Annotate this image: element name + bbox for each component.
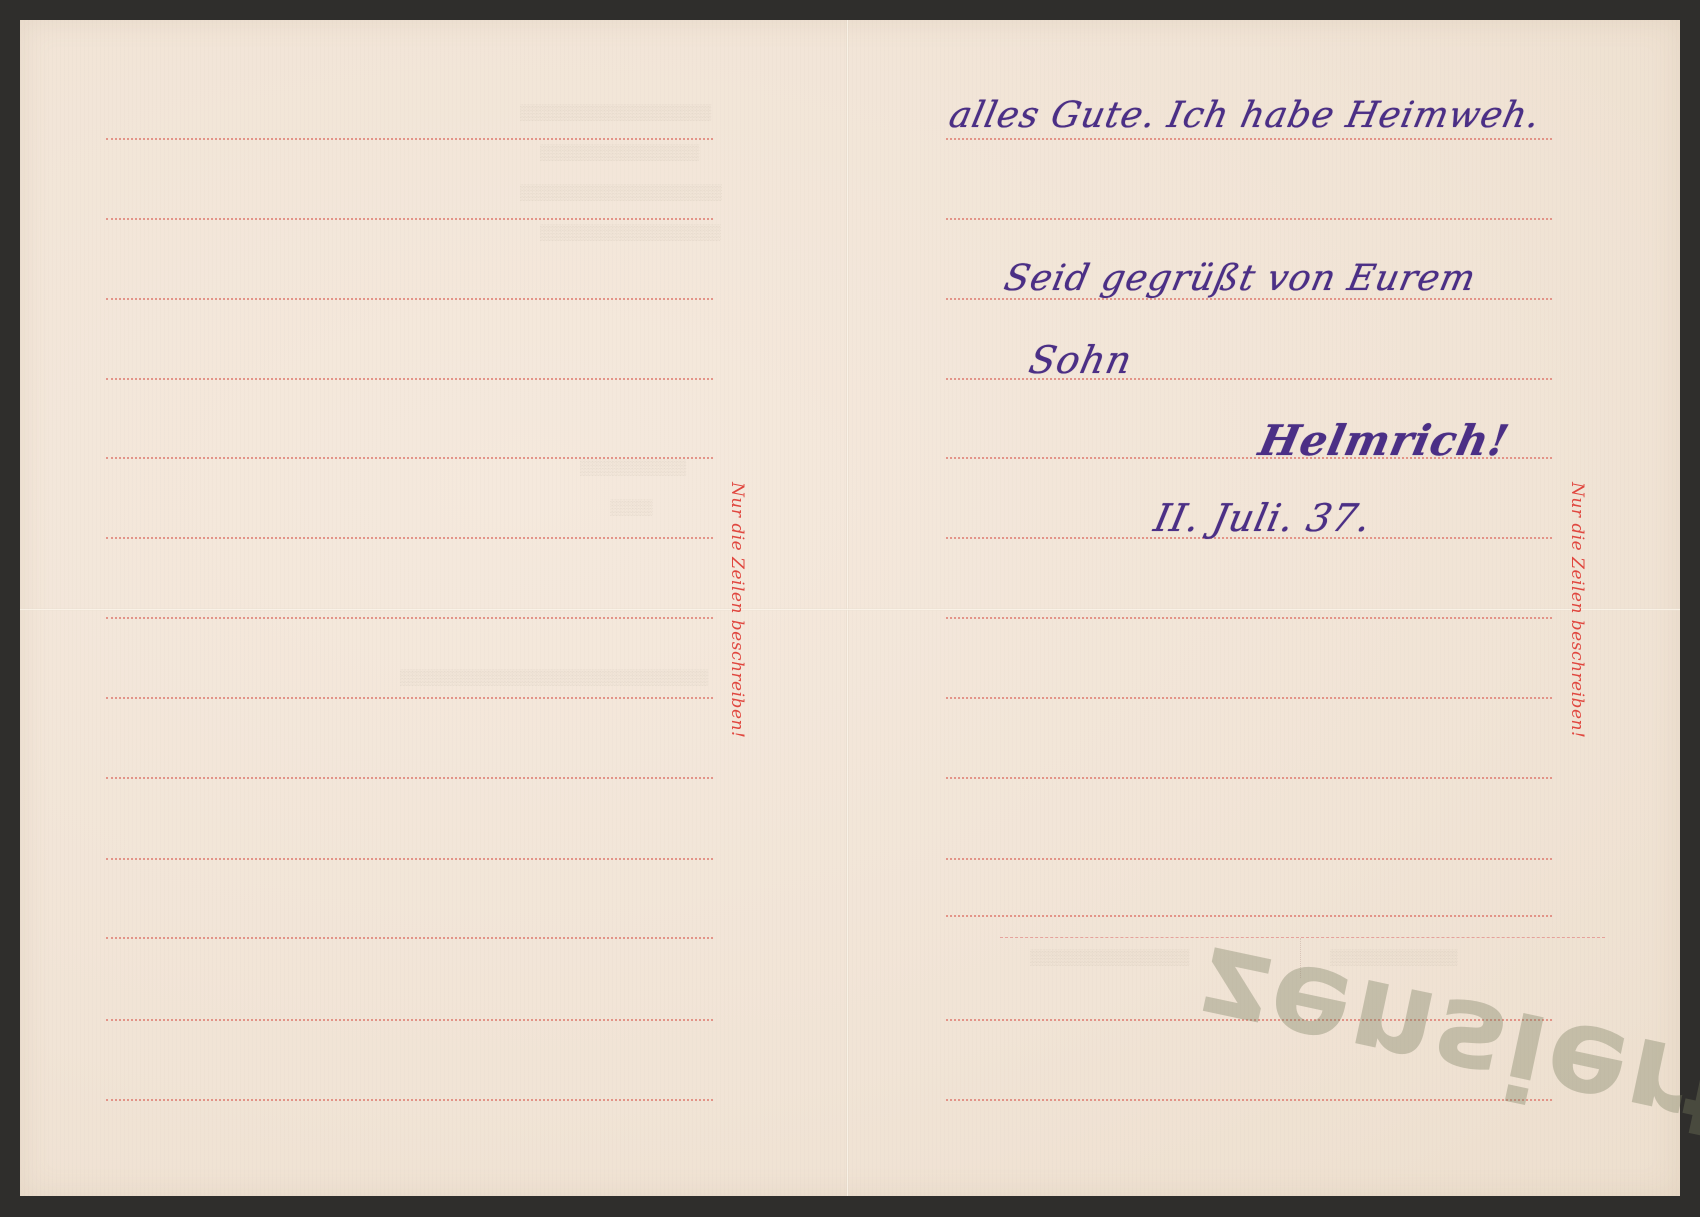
bleed-through-text: ▒▒▒▒▒▒▒▒▒▒▒▒▒▒▒▒▒▒▒ xyxy=(520,185,722,202)
ruled-line xyxy=(106,218,713,220)
ruled-line xyxy=(106,937,713,939)
handwritten-line: Sohn xyxy=(1025,338,1136,382)
ruled-line xyxy=(946,218,1552,220)
handwritten-line: Seid gegrüßt von Eurem xyxy=(1001,258,1480,299)
ruled-line xyxy=(946,138,1552,140)
ruled-line xyxy=(946,915,1552,917)
ruled-line xyxy=(106,378,713,380)
ruled-line xyxy=(106,617,713,619)
bleed-through-text: ▒▒▒▒▒▒▒▒▒▒▒▒▒▒▒▒▒▒ xyxy=(520,105,711,122)
margin-instruction: Nur die Zeilen beschreiben! xyxy=(1566,482,1588,742)
ruled-line xyxy=(946,617,1552,619)
ruled-line xyxy=(946,697,1552,699)
ruled-line xyxy=(106,457,713,459)
ruled-line xyxy=(946,858,1552,860)
bleed-through-text: ▒▒▒▒▒▒▒▒▒▒▒▒▒▒▒ xyxy=(1030,950,1189,967)
ruled-line xyxy=(106,777,713,779)
bleed-through-text: ▒▒▒▒▒▒▒▒▒▒▒▒▒▒▒ xyxy=(540,145,699,162)
ruled-line xyxy=(106,697,713,699)
handwritten-line: alles Gute. Ich habe Heimweh. xyxy=(946,95,1545,136)
margin-instruction: Nur die Zeilen beschreiben! xyxy=(726,482,748,742)
ruled-line xyxy=(106,537,713,539)
ruled-line xyxy=(946,777,1552,779)
bleed-through-text: ▒▒▒▒ xyxy=(610,500,653,517)
bleed-through-text: ▒▒▒▒▒▒▒▒▒▒▒▒▒▒▒▒▒ xyxy=(540,225,721,242)
bleed-through-text: ▒▒▒▒▒▒▒▒▒▒ xyxy=(580,460,686,477)
ruled-line xyxy=(106,298,713,300)
signature: Helmrich! xyxy=(1255,416,1514,465)
ruled-line xyxy=(106,1099,713,1101)
ruled-line xyxy=(106,1019,713,1021)
letter-sheet: ▒▒▒▒▒▒▒▒▒▒▒▒▒▒▒▒▒▒ ▒▒▒▒▒▒▒▒▒▒▒▒▒▒▒ ▒▒▒▒▒… xyxy=(20,20,1680,1196)
ruled-line xyxy=(106,138,713,140)
horizontal-fold xyxy=(20,608,1680,611)
bleed-through-text: ▒▒▒▒▒▒▒▒▒▒▒▒▒▒▒▒▒▒▒▒▒▒▒▒▒▒▒▒▒ xyxy=(400,670,708,687)
ruled-line xyxy=(106,858,713,860)
handwritten-date: II. Juli. 37. xyxy=(1150,496,1375,540)
